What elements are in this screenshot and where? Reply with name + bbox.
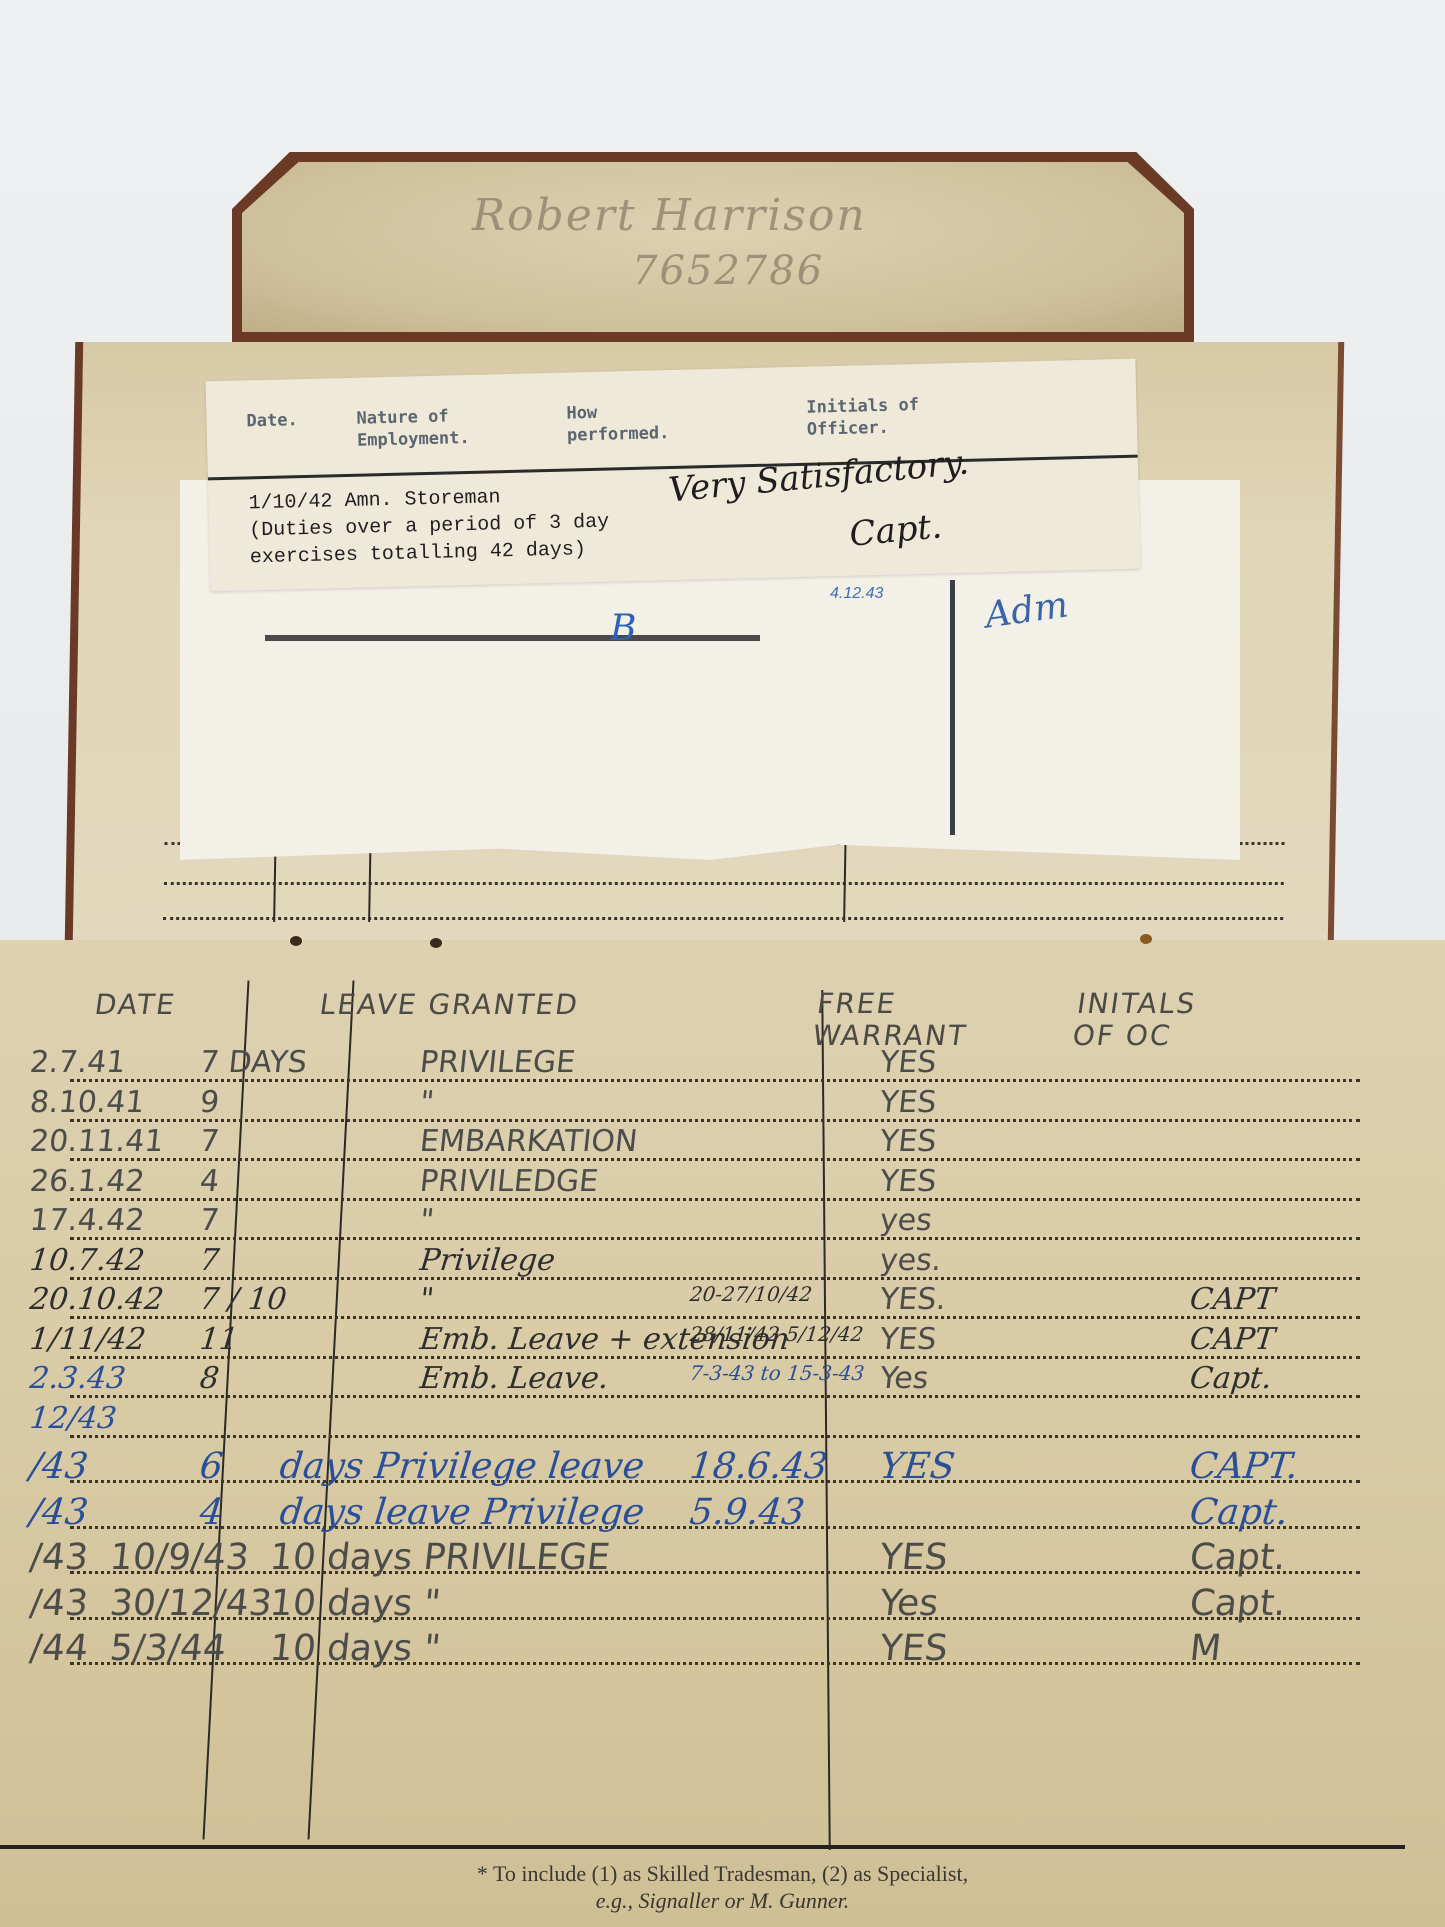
owner-name: Robert Harrison <box>472 190 867 241</box>
leave-date: /43 <box>28 1492 90 1533</box>
free-warrant-value: YES. <box>878 1282 948 1317</box>
leave-days: 4 <box>198 1492 225 1533</box>
free-warrant-value: YES <box>878 1446 957 1487</box>
leave-date: 20.10.42 <box>28 1282 165 1317</box>
free-warrant-value: YES <box>878 1628 950 1669</box>
leave-dates-note: 28/11/42 5/12/42 <box>689 1322 865 1346</box>
leave-days: 30/12/43 <box>108 1583 274 1624</box>
leave-type: days leave Privilege <box>278 1492 646 1533</box>
leave-dates-note: 18.6.43 <box>688 1446 830 1487</box>
leave-date: 10.7.42 <box>28 1243 146 1278</box>
leave-type: EMBARKATION <box>418 1124 639 1159</box>
oc-initials: Capt. <box>1188 1537 1288 1578</box>
leave-dates-note: 20-27/10/42 <box>689 1282 814 1306</box>
free-warrant-value: Yes <box>878 1361 930 1396</box>
footnote: * To include (1) as Skilled Tradesman, (… <box>0 1860 1445 1914</box>
oc-initials: CAPT <box>1188 1282 1277 1317</box>
leave-date: 20.11.41 <box>28 1124 165 1159</box>
slip-date: 4.12.43 <box>830 585 883 603</box>
leave-days: 9 <box>198 1085 221 1120</box>
leave-type: 10 days " <box>268 1583 443 1624</box>
leave-date: 12/43 <box>28 1401 118 1436</box>
leave-days: 8 <box>198 1361 221 1396</box>
dotted-rule <box>70 1395 1360 1398</box>
dotted-rule <box>70 1119 1360 1122</box>
column-line <box>307 981 354 1840</box>
header-leave-granted: LEAVE GRANTED <box>318 988 582 1021</box>
oc-initials: Capt. <box>1188 1583 1288 1624</box>
leave-dates-note: 5.9.43 <box>688 1492 807 1533</box>
leave-type: 10 days " <box>268 1628 443 1669</box>
free-warrant-value: YES <box>878 1085 938 1120</box>
leave-type: Emb. Leave. <box>418 1361 610 1396</box>
staple-hole <box>430 938 442 948</box>
leave-days: 4 <box>198 1164 221 1199</box>
leave-type: PRIVILEDGE <box>418 1164 600 1199</box>
booklet-cover-flap: Robert Harrison 7652786 <box>232 152 1194 342</box>
leave-date: 2.3.43 <box>28 1361 127 1396</box>
leave-type: PRIVILEGE <box>418 1045 577 1080</box>
footnote-line-1: * To include (1) as Skilled Tradesman, (… <box>0 1860 1445 1887</box>
entry-date: 1/10/42 <box>248 490 333 515</box>
leave-days: 11 <box>198 1322 240 1357</box>
struck-out-qualification <box>265 635 760 641</box>
footnote-line-2: e.g., Signaller or M. Gunner. <box>0 1887 1445 1914</box>
dotted-rule <box>70 1158 1360 1161</box>
leave-days: 7 <box>198 1124 221 1159</box>
leave-days: 7 <box>198 1203 221 1238</box>
oc-initials: Capt. <box>1188 1492 1290 1533</box>
employment-record-strip: Date. Nature of Employment. How performe… <box>206 359 1141 592</box>
leave-date: /43 <box>28 1583 90 1624</box>
free-warrant-value: Yes <box>878 1583 940 1624</box>
leave-days: 10/9/43 <box>108 1537 251 1578</box>
leave-date: 1/11/42 <box>28 1322 147 1357</box>
leave-days: 7 / 10 <box>198 1282 288 1317</box>
leave-dates-note: 7-3-43 to 15-3-43 <box>689 1361 866 1385</box>
dotted-rule <box>163 917 1283 920</box>
staple-hole <box>1140 934 1152 944</box>
leave-date: 26.1.42 <box>28 1164 146 1199</box>
free-warrant-value: YES <box>878 1322 938 1357</box>
leave-record-page: DATE LEAVE GRANTED FREE WARRANT INITALS … <box>0 940 1445 1927</box>
qualification-grade: B <box>610 608 636 649</box>
header-nature: Nature of Employment. <box>356 404 527 452</box>
oc-initials: CAPT. <box>1188 1446 1300 1487</box>
leave-type: 10 days PRIVILEGE <box>268 1537 612 1578</box>
dotted-rule <box>70 1237 1360 1240</box>
free-warrant-value: YES <box>878 1164 938 1199</box>
leave-type: " <box>418 1282 435 1317</box>
header-free-warrant: FREE WARRANT <box>811 988 970 1052</box>
staple-hole <box>290 936 302 946</box>
leave-type: days Privilege leave <box>278 1446 646 1487</box>
header-initials: INITALS OF OC <box>1071 988 1240 1052</box>
header-initials: Initials of Officer. <box>806 392 1007 441</box>
slip-column-line <box>950 580 955 835</box>
dotted-rule <box>70 1662 1360 1665</box>
dotted-rule <box>164 882 1284 885</box>
how-performed-value: Very Satisfactory. <box>667 442 971 510</box>
free-warrant-value: YES <box>878 1045 938 1080</box>
leave-date: 17.4.42 <box>28 1203 146 1238</box>
free-warrant-value: yes. <box>878 1243 943 1278</box>
page-rule <box>0 1845 1405 1849</box>
leave-date: /44 <box>28 1628 90 1669</box>
leave-date: /43 <box>28 1537 90 1578</box>
leave-days: 6 <box>198 1446 225 1487</box>
header-how-performed: How performed. <box>566 399 707 446</box>
officer-initials: Capt. <box>848 506 944 555</box>
dotted-rule <box>70 1435 1360 1438</box>
leave-date: 8.10.41 <box>28 1085 146 1120</box>
cover-flap-paper: Robert Harrison 7652786 <box>242 162 1184 332</box>
leave-days: 5/3/44 <box>108 1628 228 1669</box>
leave-date: 2.7.41 <box>28 1045 127 1080</box>
oc-initials: CAPT <box>1188 1322 1277 1357</box>
dotted-rule <box>70 1198 1360 1201</box>
oc-initials: Capt. <box>1188 1361 1273 1396</box>
leave-type: Privilege <box>418 1243 557 1278</box>
oc-initials: M <box>1188 1628 1223 1669</box>
header-date: DATE <box>93 988 178 1021</box>
leave-type: " <box>418 1203 435 1238</box>
leave-type: " <box>418 1085 435 1120</box>
dotted-rule <box>70 1277 1360 1280</box>
leave-date: /43 <box>28 1446 90 1487</box>
free-warrant-value: YES <box>878 1537 950 1578</box>
header-date: Date. <box>246 409 298 432</box>
leave-days: 7 <box>198 1243 221 1278</box>
service-number: 7652786 <box>632 248 824 294</box>
free-warrant-value: YES <box>878 1124 938 1159</box>
dotted-rule <box>70 1571 1360 1574</box>
free-warrant-value: yes <box>878 1203 934 1238</box>
employment-entry: 1/10/42 Amn. Storeman (Duties over a per… <box>248 482 610 572</box>
leave-days: 7 DAYS <box>198 1045 308 1080</box>
